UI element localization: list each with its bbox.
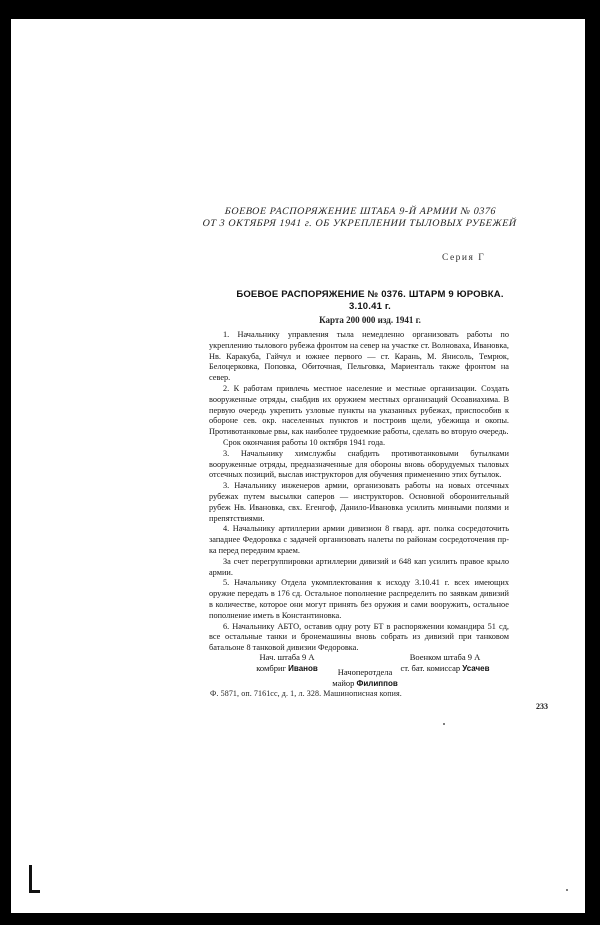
title-line-1: БОЕВОЕ РАСПОРЯЖЕНИЕ № 0376. ШТАРМ 9 ЮРОВ… [205,289,535,301]
signature-title: Военком штаба 9 А [385,652,505,663]
paragraph: 3. Начальнику химслужбы снабдить противо… [209,449,509,481]
series-label: Серия Г [442,253,485,263]
signature-title: Начоперотдела [315,667,415,678]
margin-corner-mark [29,865,32,893]
paragraph: За счет перегруппировки артиллерии дивиз… [209,557,509,579]
signature-rank-name: майор Филиппов [315,678,415,689]
scan-speck [566,889,568,891]
paragraph: 2. К работам привлечь местное население … [209,384,509,438]
map-reference: Карта 200 000 изд. 1941 г. [205,315,535,325]
signature-title: Нач. штаба 9 А [232,652,342,663]
paragraph: 3. Начальнику инженеров армии, организов… [209,481,509,524]
paragraph: 6. Начальнику АБТО, оставив одну роту БТ… [209,622,509,654]
archive-source-note: Ф. 5871, оп. 7161сс, д. 1, л. 328. Машин… [210,689,402,698]
signature-operations-chief: Начоперотдела майор Филиппов [315,667,415,689]
paragraph: 5. Начальнику Отдела укомплектования к и… [209,578,509,621]
page-number: 233 [536,702,548,711]
header-line-2: ОТ 3 ОКТЯБРЯ 1941 г. ОБ УКРЕПЛЕНИИ ТЫЛОВ… [189,218,530,230]
paragraph: Срок окончания работы 10 октября 1941 го… [209,438,509,449]
document-title: БОЕВОЕ РАСПОРЯЖЕНИЕ № 0376. ШТАРМ 9 ЮРОВ… [205,289,535,313]
title-date: 3.10.41 г. [205,301,535,313]
document-header-italic: БОЕВОЕ РАСПОРЯЖЕНИЕ ШТАБА 9-Й АРМИИ № 03… [189,206,531,230]
header-line-1: БОЕВОЕ РАСПОРЯЖЕНИЕ ШТАБА 9-Й АРМИИ № 03… [190,206,531,218]
paragraph: 4. Начальнику артиллерии армии дивизион … [209,524,509,556]
scan-speck [443,723,445,725]
paragraph: 1. Начальнику управления тыла немедленно… [209,330,509,384]
document-body: 1. Начальнику управления тыла немедленно… [209,330,509,654]
